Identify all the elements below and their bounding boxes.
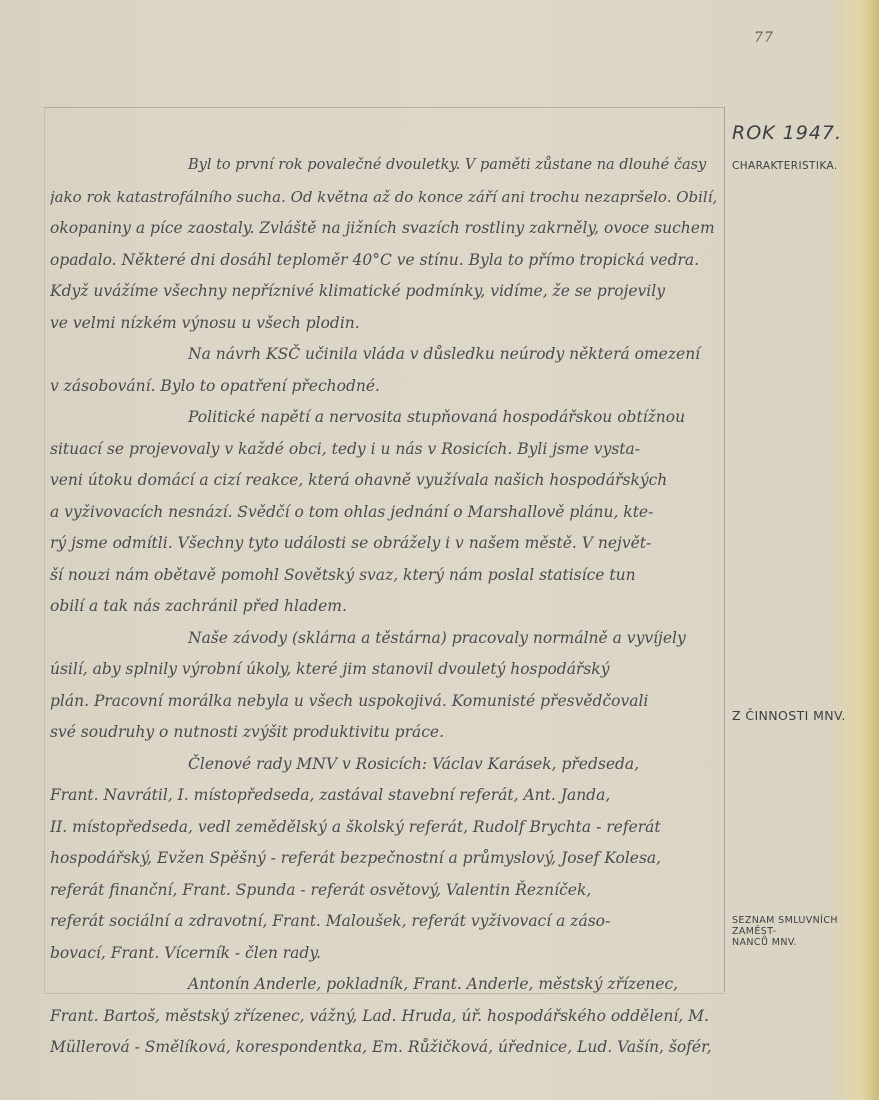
margin-note-employee-list: SEZNAM SMLUVNÍCH ZAMĚST- NANCŮ MNV. — [732, 915, 879, 948]
year-heading: ROK 1947. — [732, 122, 842, 144]
text-line: úsilí, aby splnily výrobní úkoly, které … — [50, 654, 722, 686]
text-line: Frant. Bartoš, městský zřízenec, vážný, … — [50, 1001, 722, 1033]
margin-note-employee-list-line1: SEZNAM SMLUVNÍCH ZAMĚST- — [732, 915, 879, 937]
margin-note-employee-list-line2: NANCŮ MNV. — [732, 937, 879, 948]
chronicle-page: 77 ROK 1947. CHARAKTERISTIKA. Z ČINNOSTI… — [0, 0, 879, 1100]
text-line: plán. Pracovní morálka nebyla u všech us… — [50, 686, 722, 718]
text-line: okopaniny a píce zaostaly. Zvláště na ji… — [50, 213, 722, 245]
handwritten-body: Byl to první rok povalečné dvouletky. V … — [50, 150, 722, 1064]
page-number: 77 — [754, 30, 774, 46]
text-line: bovací, Frant. Vícerník - člen rady. — [50, 938, 722, 970]
text-line: II. místopředseda, vedl zemědělský a ško… — [50, 812, 722, 844]
text-line: hospodářský, Evžen Spěšný - referát bezp… — [50, 843, 722, 875]
text-line: a vyživovacích nesnází. Svědčí o tom ohl… — [50, 497, 722, 529]
text-line: rý jsme odmítli. Všechny tyto události s… — [50, 528, 722, 560]
text-line: Müllerová - Smělíková, korespondentka, E… — [50, 1032, 722, 1064]
text-line: referát sociální a zdravotní, Frant. Mal… — [50, 906, 722, 938]
text-line: situací se projevovaly v každé obci, ted… — [50, 434, 722, 466]
text-line: jako rok katastrofálního sucha. Od květn… — [50, 182, 722, 214]
text-line: Politické napětí a nervosita stupňovaná … — [50, 402, 722, 434]
text-line: veni útoku domácí a cizí reakce, která o… — [50, 465, 722, 497]
margin-note-characteristics: CHARAKTERISTIKA. — [732, 160, 838, 172]
text-line: Když uvážíme všechny nepříznivé klimatic… — [50, 276, 722, 308]
text-line: Naše závody (sklárna a těstárna) pracova… — [50, 623, 722, 655]
text-line: Byl to první rok povalečné dvouletky. V … — [50, 150, 722, 182]
text-line: ší nouzi nám obětavě pomohl Sovětský sva… — [50, 560, 722, 592]
margin-rule — [724, 107, 725, 992]
text-line: ve velmi nízkém výnosu u všech plodin. — [50, 308, 722, 340]
text-line: v zásobování. Bylo to opatření přechodné… — [50, 371, 722, 403]
text-line: Antonín Anderle, pokladník, Frant. Ander… — [50, 969, 722, 1001]
margin-note-mnv-activity: Z ČINNOSTI MNV. — [732, 708, 846, 723]
text-line: Na návrh KSČ učinila vláda v důsledku ne… — [50, 339, 722, 371]
text-line: referát finanční, Frant. Spunda - referá… — [50, 875, 722, 907]
text-line: Členové rady MNV v Rosicích: Václav Kará… — [50, 749, 722, 781]
text-line: obilí a tak nás zachránil před hladem. — [50, 591, 722, 623]
text-line: své soudruhy o nutnosti zvýšit produktiv… — [50, 717, 722, 749]
text-line: opadalo. Některé dni dosáhl teploměr 40°… — [50, 245, 722, 277]
text-line: Frant. Navrátil, I. místopředseda, zastá… — [50, 780, 722, 812]
